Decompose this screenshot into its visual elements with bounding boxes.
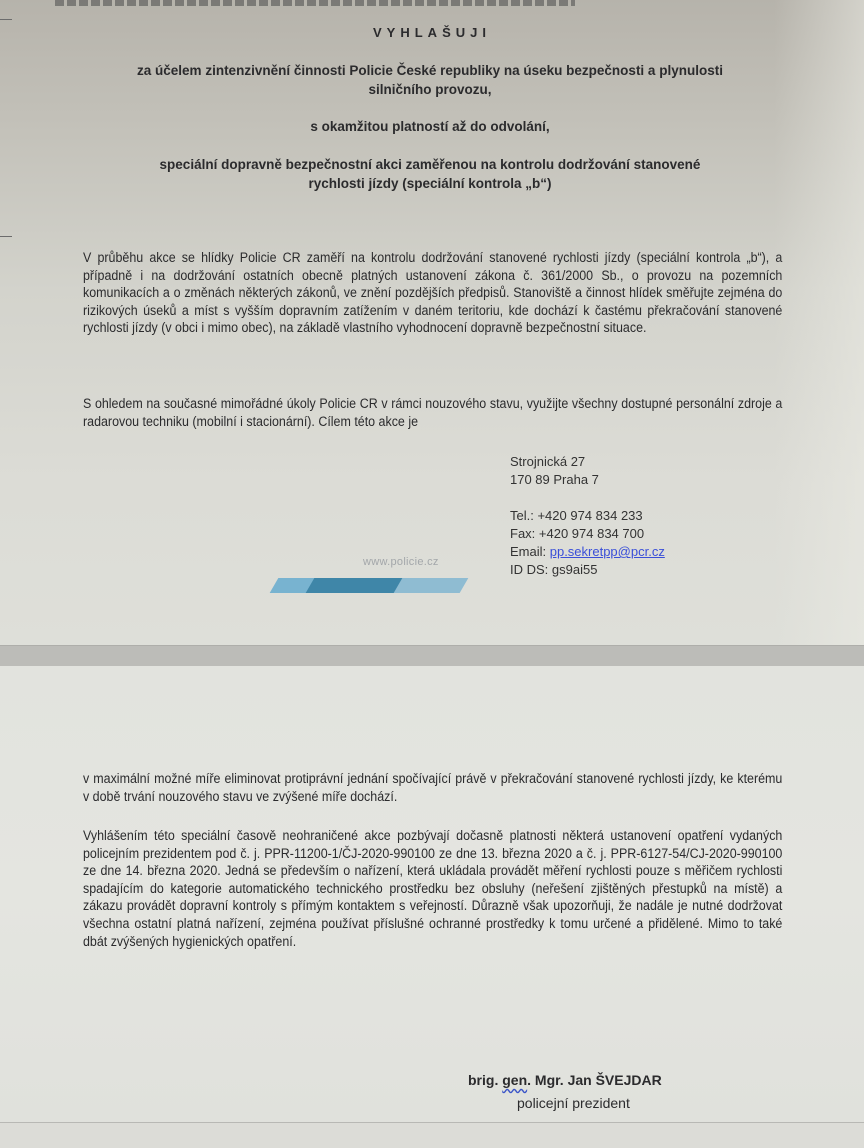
document-page-2: v maximální možné míře eliminovat protip… [0,666,864,1123]
phone-number: Tel.: +420 974 834 233 [510,507,643,525]
action-line-2: rychlosti jízdy (speciální kontrola „b“) [60,174,800,193]
action-line-1: speciální dopravně bezpečnostní akci zam… [60,155,800,174]
intro-line-1: za účelem zintenzivnění činnosti Policie… [60,61,800,80]
email-label: Email: [510,544,550,559]
address-city: 170 89 Praha 7 [510,471,599,489]
margin-mark [0,19,12,20]
paragraph-revocation: Vyhlášením této speciální časově neohran… [83,827,782,950]
logo-stripe [394,578,469,593]
website-watermark: www.policie.cz [363,556,439,568]
police-logo-footer: www.policie.cz [268,556,478,596]
signature-title: policejní prezident [517,1095,630,1111]
intro-line-2: silničního provozu, [60,80,800,99]
logo-stripe [306,578,405,593]
spellcheck-underlined-word: gen [502,1072,527,1088]
paragraph-action-scope: V průběhu akce se hlídky Policie CR zamě… [83,249,782,337]
document-page-3 [0,1123,864,1148]
paragraph-resources: S ohledem na současné mimořádné úkoly Po… [83,395,782,430]
validity-statement: s okamžitou platností až do odvolání, [60,117,800,136]
paragraph-goal: v maximální možné míře eliminovat protip… [83,770,782,805]
fax-number: Fax: +420 974 834 700 [510,525,644,543]
signature-name: brig. gen. Mgr. Jan ŠVEJDAR [468,1072,662,1088]
page-break [0,645,864,667]
email-link[interactable]: pp.sekretpp@pcr.cz [550,544,665,559]
document-page-1: VYHLAŠUJI za účelem zintenzivnění činnos… [0,0,864,645]
email-row: Email: pp.sekretpp@pcr.cz [510,543,665,561]
declaration-heading: VYHLAŠUJI [0,23,864,42]
cut-off-text-line [55,0,575,6]
address-street: Strojnická 27 [510,453,585,471]
data-box-id: ID DS: gs9ai55 [510,561,597,579]
margin-mark [0,236,12,237]
